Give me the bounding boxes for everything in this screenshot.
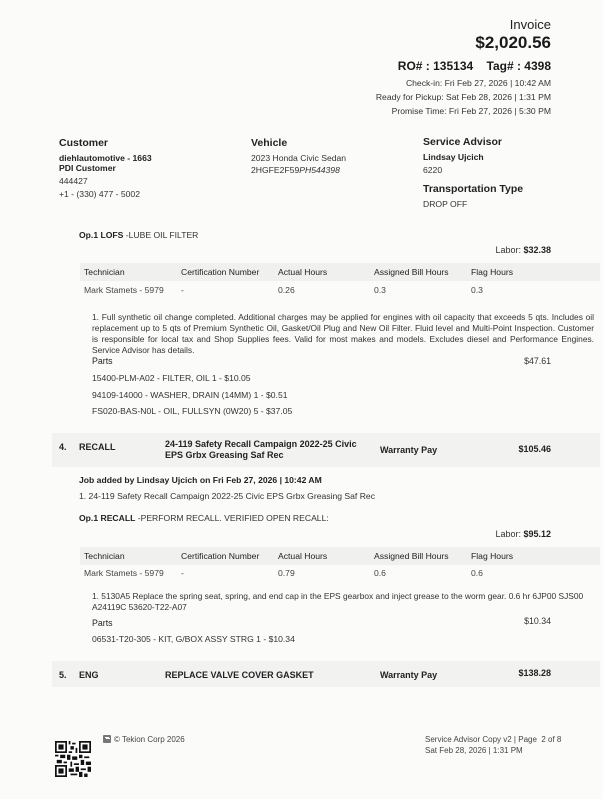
tech-actual-hours: 0.79 <box>278 568 295 578</box>
job-number: 5. <box>59 670 67 680</box>
vin-prefix: 2HGFE2F59 <box>251 165 299 175</box>
vin-suffix: PH544398 <box>299 165 340 175</box>
tech-flag-hours: 0.6 <box>471 568 483 578</box>
copy-page-info: Service Advisor Copy v2 | Page 2 of 8 <box>425 735 561 744</box>
job-pay-type: Warranty Pay <box>380 670 437 680</box>
job-code: RECALL <box>79 442 116 452</box>
parts-heading: Parts <box>92 618 113 628</box>
col-bill-hours: Assigned Bill Hours <box>374 551 449 561</box>
job-added-by: Job added by Lindsay Ujcich on Fri Feb 2… <box>79 475 322 485</box>
col-bill-hours: Assigned Bill Hours <box>374 267 449 277</box>
service-advisor-heading: Service Advisor <box>423 136 502 148</box>
op-description: -LUBE OIL FILTER <box>123 230 198 240</box>
service-advisor-name: Lindsay Ujcich <box>423 152 484 162</box>
part-line: FS020-BAS-N0L - OIL, FULLSYN (0W20) 5 - … <box>92 406 292 416</box>
technician-table-header <box>80 547 600 565</box>
col-technician: Technician <box>84 267 125 277</box>
invoice-total: $2,020.56 <box>475 33 551 53</box>
part-line: 15400-PLM-A02 - FILTER, OIL 1 - $10.05 <box>92 373 251 383</box>
col-flag-hours: Flag Hours <box>471 551 513 561</box>
job-amount: $138.28 <box>518 668 551 678</box>
ro-tag-numbers: RO# : 135134 Tag# : 4398 <box>398 59 551 73</box>
technician-table-header <box>80 263 600 281</box>
col-certification: Certification Number <box>181 551 259 561</box>
tech-cert: - <box>181 285 184 295</box>
col-actual-hours: Actual Hours <box>278 551 327 561</box>
check-in-time: Check-in: Fri Feb 27, 2026 | 10:42 AM <box>406 78 551 88</box>
customer-name: PDI Customer <box>59 163 116 173</box>
tech-name: Mark Stamets - 5979 <box>84 568 164 578</box>
job-description: REPLACE VALVE COVER GASKET <box>165 670 314 681</box>
op-code: Op.1 RECALL <box>79 513 135 523</box>
operation-recall-title: Op.1 RECALL -PERFORM RECALL. VERIFIED OP… <box>79 513 329 523</box>
transportation-heading: Transportation Type <box>423 183 523 195</box>
tekion-logo-icon <box>103 735 111 743</box>
job-amount: $105.46 <box>518 444 551 454</box>
vehicle-heading: Vehicle <box>251 137 287 149</box>
col-flag-hours: Flag Hours <box>471 267 513 277</box>
document-title: Invoice <box>510 17 551 32</box>
op-code: Op.1 LOFS <box>79 230 123 240</box>
parts-total: $10.34 <box>524 616 551 626</box>
customer-id: 444427 <box>59 176 88 186</box>
part-line: 94109-14000 - WASHER, DRAIN (14MM) 1 - $… <box>92 390 288 400</box>
col-actual-hours: Actual Hours <box>278 267 327 277</box>
operation-lofs-title: Op.1 LOFS -LUBE OIL FILTER <box>79 230 198 240</box>
customer-account: diehlautomotive - 1663 <box>59 153 152 163</box>
promise-time: Promise Time: Fri Feb 27, 2026 | 5:30 PM <box>392 106 551 116</box>
operation-notes: 1. Full synthetic oil change completed. … <box>92 312 594 356</box>
col-certification: Certification Number <box>181 267 259 277</box>
printed-timestamp: Sat Feb 28, 2026 | 1:31 PM <box>425 746 523 755</box>
tech-cert: - <box>181 568 184 578</box>
copyright-notice: © Tekion Corp 2026 <box>103 735 185 744</box>
job-number: 4. <box>59 442 67 452</box>
tech-name: Mark Stamets - 5979 <box>84 285 164 295</box>
labor-total-lofs: Labor: $32.38 <box>495 245 551 255</box>
ready-for-pickup-time: Ready for Pickup: Sat Feb 28, 2026 | 1:3… <box>376 92 551 102</box>
job-pay-type: Warranty Pay <box>380 445 437 455</box>
vehicle-description: 2023 Honda Civic Sedan <box>251 153 346 163</box>
customer-phone: +1 - (330) 477 - 5002 <box>59 189 140 199</box>
customer-heading: Customer <box>59 137 108 149</box>
part-line: 06531-T20-305 - KIT, G/BOX ASSY STRG 1 -… <box>92 634 295 644</box>
qr-code-icon <box>55 741 91 777</box>
job-code: ENG <box>79 670 99 680</box>
job-description: 24-119 Safety Recall Campaign 2022-25 Ci… <box>165 439 357 461</box>
operation-notes: 1. 5130A5 Replace the spring seat, sprin… <box>92 591 594 613</box>
tech-bill-hours: 0.6 <box>374 568 386 578</box>
vehicle-vin: 2HGFE2F59PH544398 <box>251 165 340 175</box>
tech-bill-hours: 0.3 <box>374 285 386 295</box>
service-advisor-id: 6220 <box>423 165 442 175</box>
tech-actual-hours: 0.26 <box>278 285 295 295</box>
transportation-value: DROP OFF <box>423 199 467 209</box>
col-technician: Technician <box>84 551 125 561</box>
tech-flag-hours: 0.3 <box>471 285 483 295</box>
op-description: -PERFORM RECALL. VERIFIED OPEN RECALL: <box>135 513 328 523</box>
parts-total: $47.61 <box>524 356 551 366</box>
labor-total-recall: Labor: $95.12 <box>495 529 551 539</box>
parts-heading: Parts <box>92 356 113 366</box>
job-concern: 1. 24-119 Safety Recall Campaign 2022-25… <box>79 491 375 501</box>
